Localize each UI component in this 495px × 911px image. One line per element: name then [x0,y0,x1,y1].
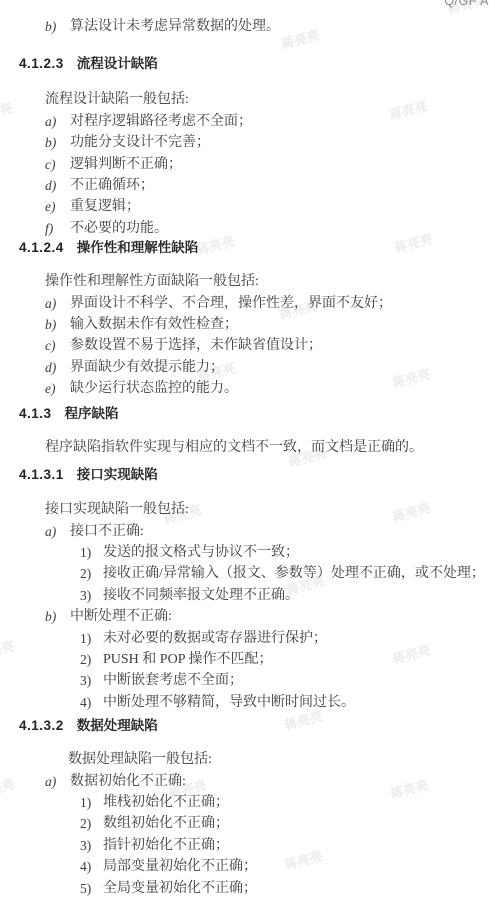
paragraph: 程序缺陷指软件实现与相应的文档不一致，而文档是正确的。 [45,437,495,458]
list-item-text: 缺少运行状态监控的能力。 [70,378,495,399]
list-subitem-text: 发送的报文格式与协议不一致； [103,542,495,563]
list-subitem-text: 堆栈初始化不正确； [103,792,495,813]
list-item: b) 算法设计未考虑异常数据的处理。 [45,16,495,37]
list-item: c) 逻辑判断不正确； [45,154,495,175]
list-subitem: 1) 未对必要的数据或寄存器进行保护； [80,628,495,649]
list-item-text: 功能分支设计不完善； [70,132,495,153]
list-subitem-text: 接收正确/异常输入（报文、参数等）处理不正确，或不处理； [103,563,495,584]
list-subitem-marker: 2) [80,813,103,834]
list-item: a) 对程序逻辑路径考虑不全面； [45,111,495,132]
list-subitem-text: 指针初始化不正确； [103,835,495,856]
list-item-marker: a) [45,521,70,542]
list-subitem-marker: 4) [80,856,103,877]
list-subitem-marker: 1) [80,628,103,649]
list-subitem-marker: 5) [80,878,103,899]
list-subitem: 1) 发送的报文格式与协议不一致； [80,542,495,563]
list-subitem-text: 接收不同频率报文处理不正确。 [103,585,495,606]
list-subitem: 2) PUSH 和 POP 操作不匹配； [80,649,495,670]
list-item: b) 功能分支设计不完善； [45,132,495,153]
section-title: 操作性和理解性缺陷 [77,240,199,255]
section-heading: 4.1.2.4操作性和理解性缺陷 [19,239,495,257]
list-subitem-marker: 4) [80,692,103,713]
list-subitem-marker: 2) [80,649,103,670]
list-subitem-marker: 3) [80,835,103,856]
list-item: f) 不必要的功能。 [45,218,495,239]
list-subitem-text: PUSH 和 POP 操作不匹配； [103,649,495,670]
list-item-text: 不必要的功能。 [70,218,495,239]
list-item-marker: c) [45,154,70,175]
list-item: b) 输入数据未作有效性检查； [45,314,495,335]
list-item-marker: a) [45,111,70,132]
list-item-text: 参数设置不易于选择，未作缺省值设计； [70,335,495,356]
paragraph: 数据处理缺陷一般包括: [68,749,495,770]
list-subitem-text: 局部变量初始化不正确； [103,856,495,877]
list-item-marker: e) [45,196,70,217]
section-title: 接口实现缺陷 [77,467,158,482]
list-item-text: 算法设计未考虑异常数据的处理。 [70,16,495,37]
list-item-marker: b) [45,314,70,335]
document-content: b) 算法设计未考虑异常数据的处理。 4.1.2.3流程设计缺陷 流程设计缺陷一… [0,16,495,899]
list-subitem: 2) 数组初始化不正确； [80,813,495,834]
list-item-text: 逻辑判断不正确； [70,154,495,175]
list-item-marker: d) [45,357,70,378]
list-subitem-marker: 2) [80,563,103,584]
list-item-text: 界面缺少有效提示能力； [70,357,495,378]
list-item-marker: f) [45,218,70,239]
list-item: a) 界面设计不科学、不合理，操作性差，界面不友好； [45,293,495,314]
list-subitem: 5) 全局变量初始化不正确； [80,878,495,899]
list-item-marker: b) [45,606,70,627]
list-subitem-text: 中断嵌套考虑不全面； [103,670,495,691]
list-item-marker: b) [45,132,70,153]
list-item: b) 中断处理不正确: [45,606,495,627]
list-item: e) 重复逻辑； [45,196,495,217]
section-number: 4.1.3.2 [19,717,64,735]
section-title: 流程设计缺陷 [77,56,158,71]
section-number: 4.1.3.1 [19,466,64,484]
list-item: c) 参数设置不易于选择，未作缺省值设计； [45,335,495,356]
list-item-text: 数据初始化不正确: [70,771,495,792]
list-subitem: 4) 中断处理不够精简，导致中断时间过长。 [80,692,495,713]
list-item-text: 重复逻辑； [70,196,495,217]
list-item: a) 接口不正确: [45,521,495,542]
list-subitem: 1) 堆栈初始化不正确； [80,792,495,813]
list-item: d) 界面缺少有效提示能力； [45,357,495,378]
list-item-text: 对程序逻辑路径考虑不全面； [70,111,495,132]
list-subitem-marker: 1) [80,542,103,563]
list-subitem-marker: 3) [80,670,103,691]
list-item-marker: b) [45,16,70,37]
list-item-text: 不正确循环； [70,175,495,196]
paragraph: 流程设计缺陷一般包括: [45,89,495,110]
section-heading: 4.1.3.1接口实现缺陷 [19,466,495,484]
section-heading: 4.1.3.2数据处理缺陷 [19,717,495,735]
list-item-marker: a) [45,771,70,792]
paragraph: 接口实现缺陷一般包括: [45,499,495,520]
list-subitem-marker: 3) [80,585,103,606]
section-title: 程序缺陷 [65,406,119,421]
page-header-code: Q/GF A [444,0,489,12]
list-item-marker: e) [45,378,70,399]
paragraph: 操作性和理解性方面缺陷一般包括: [45,271,495,292]
list-item-marker: c) [45,335,70,356]
list-subitem: 4) 局部变量初始化不正确； [80,856,495,877]
section-number: 4.1.2.3 [19,55,64,73]
list-item-text: 接口不正确: [70,521,495,542]
list-subitem-marker: 1) [80,792,103,813]
list-subitem-text: 全局变量初始化不正确； [103,878,495,899]
list-subitem-text: 未对必要的数据或寄存器进行保护； [103,628,495,649]
list-item-text: 中断处理不正确: [70,606,495,627]
section-heading: 4.1.2.3流程设计缺陷 [19,55,495,73]
list-subitem-text: 中断处理不够精简，导致中断时间过长。 [103,692,495,713]
list-subitem: 3) 中断嵌套考虑不全面； [80,670,495,691]
section-heading: 4.1.3程序缺陷 [19,405,495,423]
list-item-text: 输入数据未作有效性检查； [70,314,495,335]
list-item: d) 不正确循环； [45,175,495,196]
list-item: a) 数据初始化不正确: [45,771,495,792]
list-subitem: 3) 接收不同频率报文处理不正确。 [80,585,495,606]
section-number: 4.1.2.4 [19,239,64,257]
list-item-marker: a) [45,293,70,314]
list-subitem-text: 数组初始化不正确； [103,813,495,834]
list-item: e) 缺少运行状态监控的能力。 [45,378,495,399]
list-item-marker: d) [45,175,70,196]
list-subitem: 3) 指针初始化不正确； [80,835,495,856]
list-subitem: 2) 接收正确/异常输入（报文、参数等）处理不正确，或不处理； [80,563,495,584]
section-title: 数据处理缺陷 [77,718,158,733]
document-page: Q/GF A 蒋亮亮 蒋亮亮 蒋亮亮 蒋亮亮 蒋亮亮 蒋亮亮 蒋亮亮 蒋亮亮 蒋… [0,0,495,911]
list-item-text: 界面设计不科学、不合理，操作性差，界面不友好； [70,293,495,314]
section-number: 4.1.3 [19,405,52,423]
